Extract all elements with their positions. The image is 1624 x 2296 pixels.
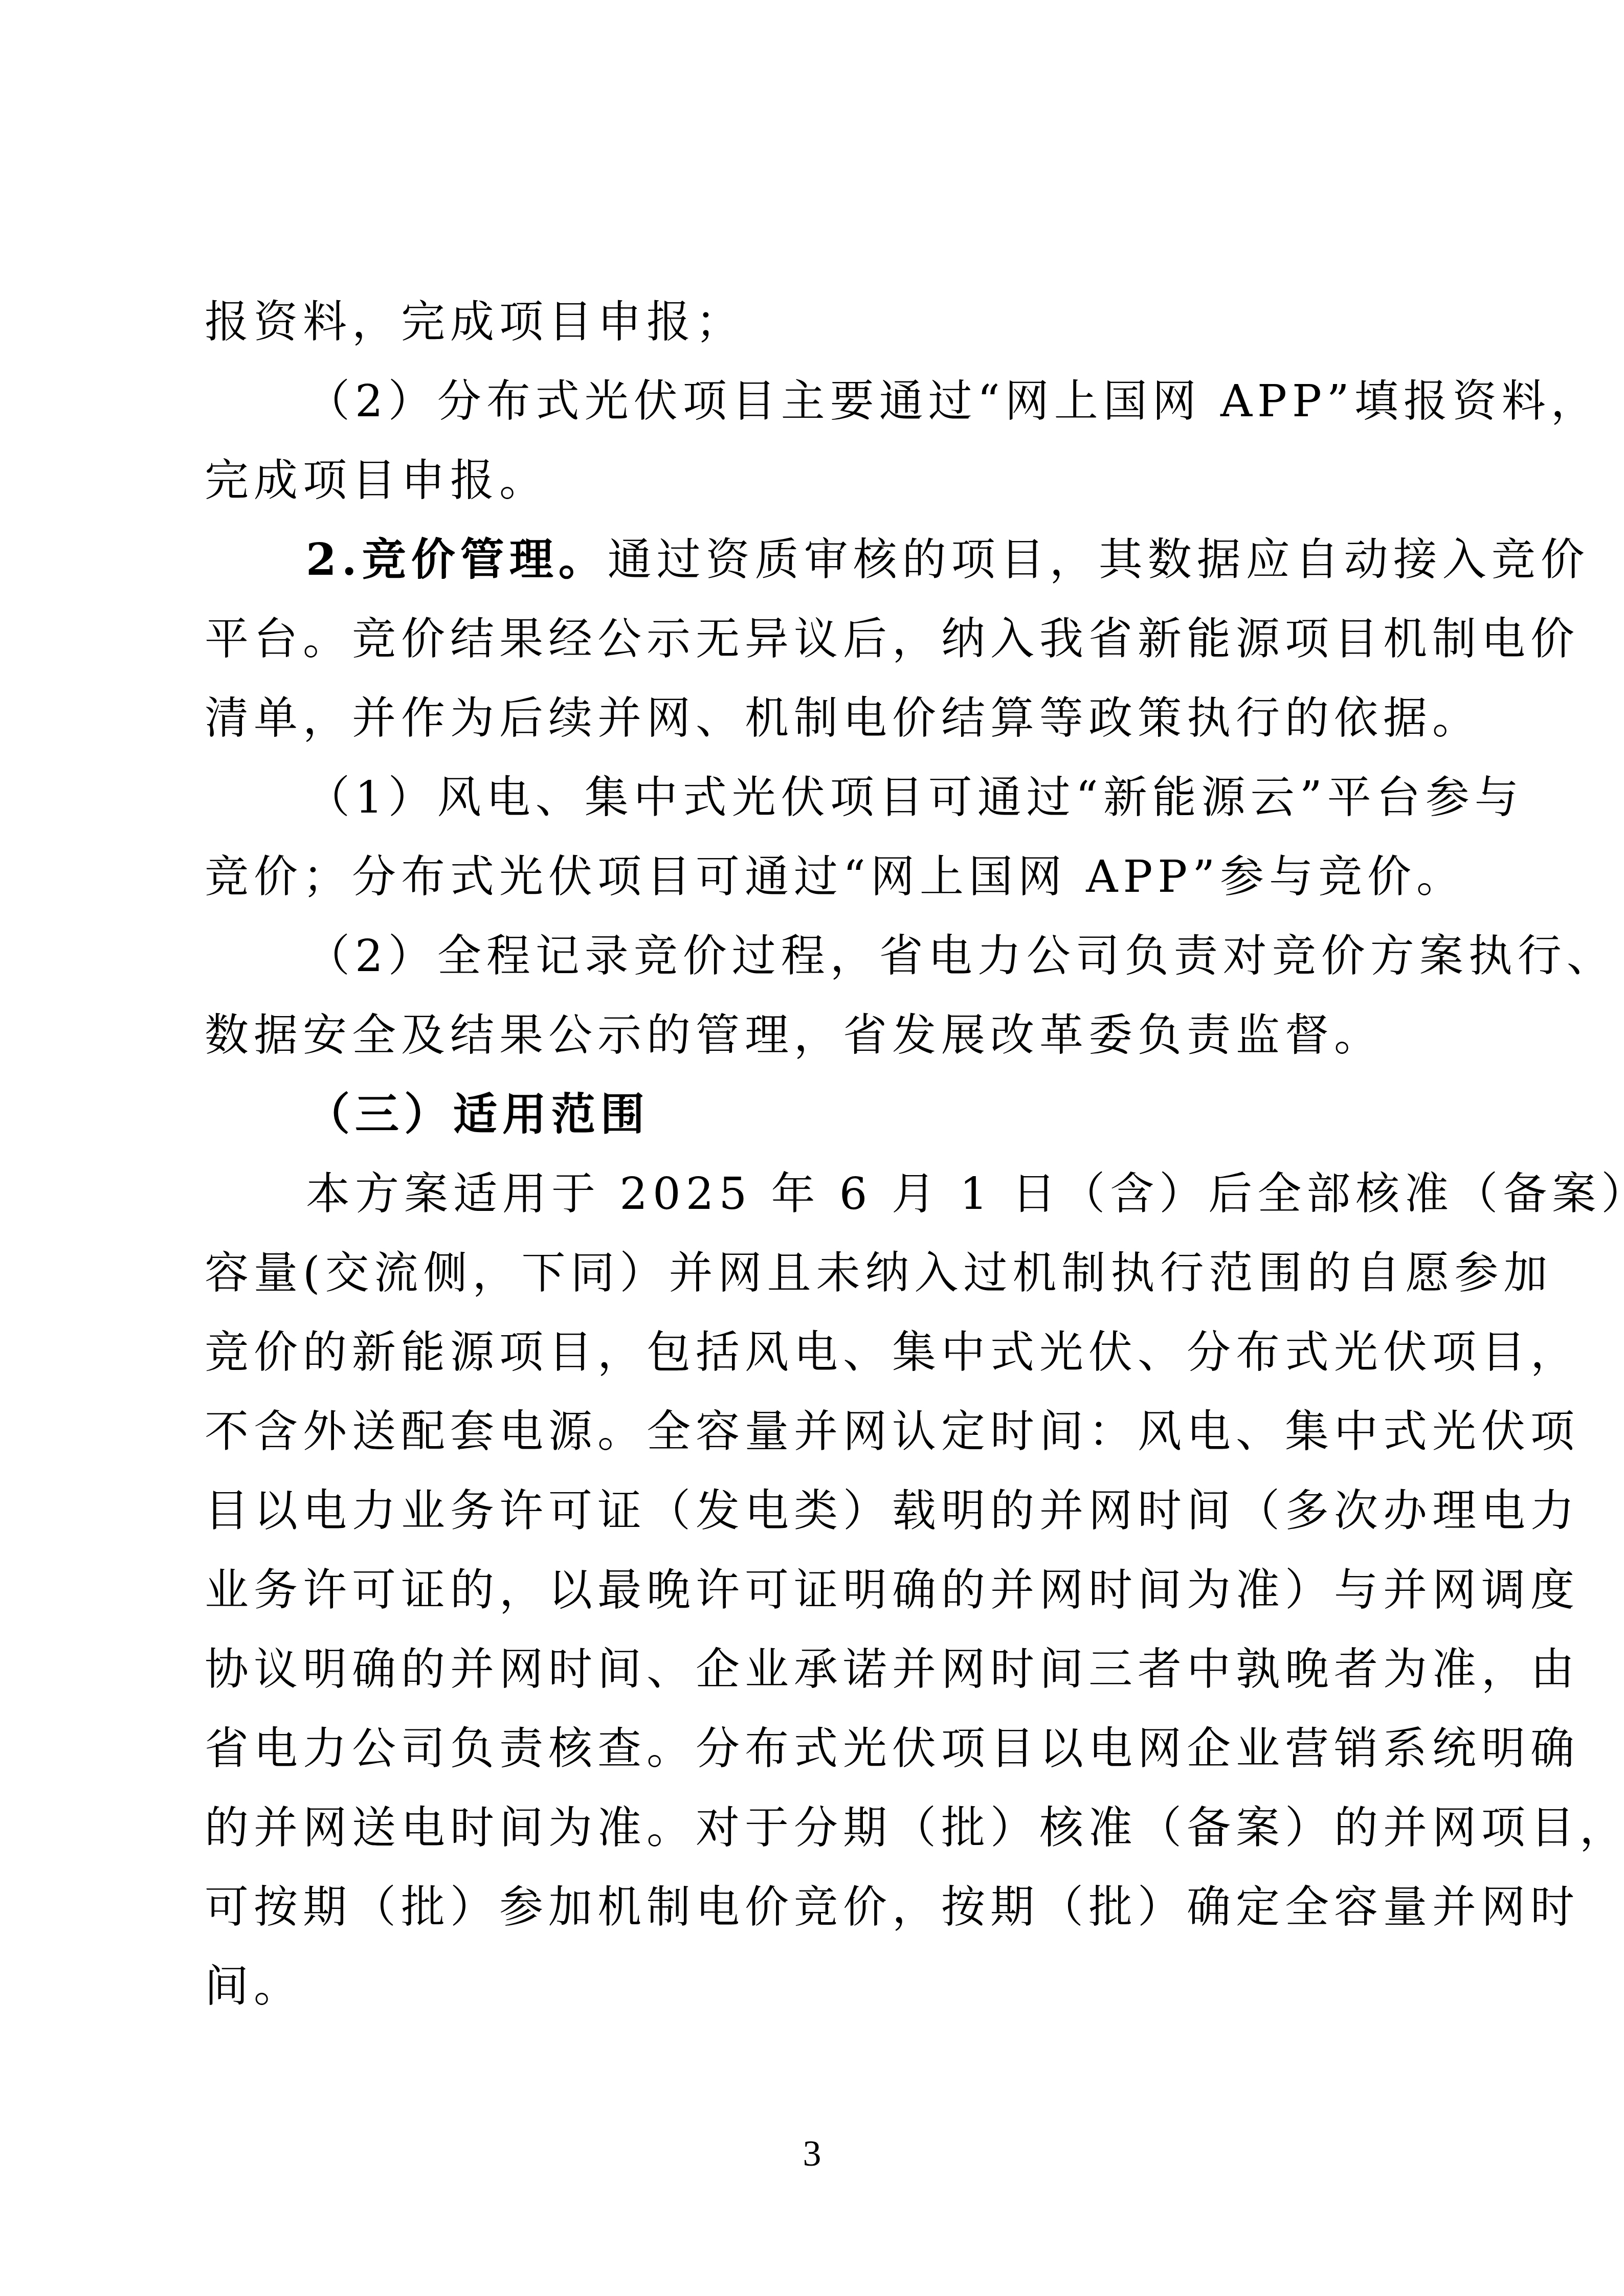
section-paragraph-bidding-management: 2.竞价管理。通过资质审核的项目，其数据应自动接入竞价 (306, 532, 1528, 588)
paragraph-line: 平台。竞价结果经公示无异议后，纳入我省新能源项目机制电价 (205, 611, 1427, 667)
subsection-title: 2.竞价管理。 (306, 534, 608, 586)
paragraph-line: 数据安全及结果公示的管理，省发展改革委负责监督。 (205, 1007, 1427, 1064)
paragraph-line: 本方案适用于 2025 年 6 月 1 日（含）后全部核准（备案） (306, 1166, 1528, 1222)
paragraph-line: （1）风电、集中式光伏项目可通过“新能源云”平台参与 (306, 770, 1528, 826)
paragraph-line: 完成项目申报。 (205, 453, 1427, 509)
paragraph-line: 竞价的新能源项目，包括风电、集中式光伏、分布式光伏项目， (205, 1324, 1427, 1381)
paragraph-line: 可按期（批）参加机制电价竞价，按期（批）确定全容量并网时 (205, 1879, 1427, 1935)
paragraph-line: 间。 (205, 1959, 1427, 2015)
paragraph-line: 报资料，完成项目申报； (205, 294, 1427, 350)
paragraph-line: 省电力公司负责核查。分布式光伏项目以电网企业营销系统明确 (205, 1721, 1427, 1777)
paragraph-line: （2）分布式光伏项目主要通过“网上国网 APP”填报资料， (306, 373, 1528, 430)
paragraph-line: 协议明确的并网时间、企业承诺并网时间三者中孰晚者为准，由 (205, 1641, 1427, 1698)
paragraph-text: 通过资质审核的项目，其数据应自动接入竞价 (608, 534, 1590, 586)
paragraph-line: 的并网送电时间为准。对于分期（批）核准（备案）的并网项目， (205, 1800, 1427, 1856)
paragraph-line: 目以电力业务许可证（发电类）载明的并网时间（多次办理电力 (205, 1483, 1427, 1539)
page-number: 3 (0, 2132, 1624, 2175)
paragraph-line: 容量(交流侧，下同）并网且未纳入过机制执行范围的自愿参加 (205, 1245, 1427, 1301)
paragraph-line: 业务许可证的，以最晚许可证明确的并网时间为准）与并网调度 (205, 1562, 1427, 1618)
paragraph-line: 竞价；分布式光伏项目可通过“网上国网 APP”参与竞价。 (205, 849, 1427, 905)
paragraph-line: 清单，并作为后续并网、机制电价结算等政策执行的依据。 (205, 690, 1427, 747)
section-heading-scope: （三）适用范围 (306, 1087, 1528, 1143)
paragraph-line: （2）全程记录竞价过程，省电力公司负责对竞价方案执行、 (306, 928, 1528, 984)
paragraph-line: 不含外送配套电源。全容量并网认定时间：风电、集中式光伏项 (205, 1404, 1427, 1460)
document-page: 报资料，完成项目申报； （2）分布式光伏项目主要通过“网上国网 APP”填报资料… (0, 0, 1624, 2296)
